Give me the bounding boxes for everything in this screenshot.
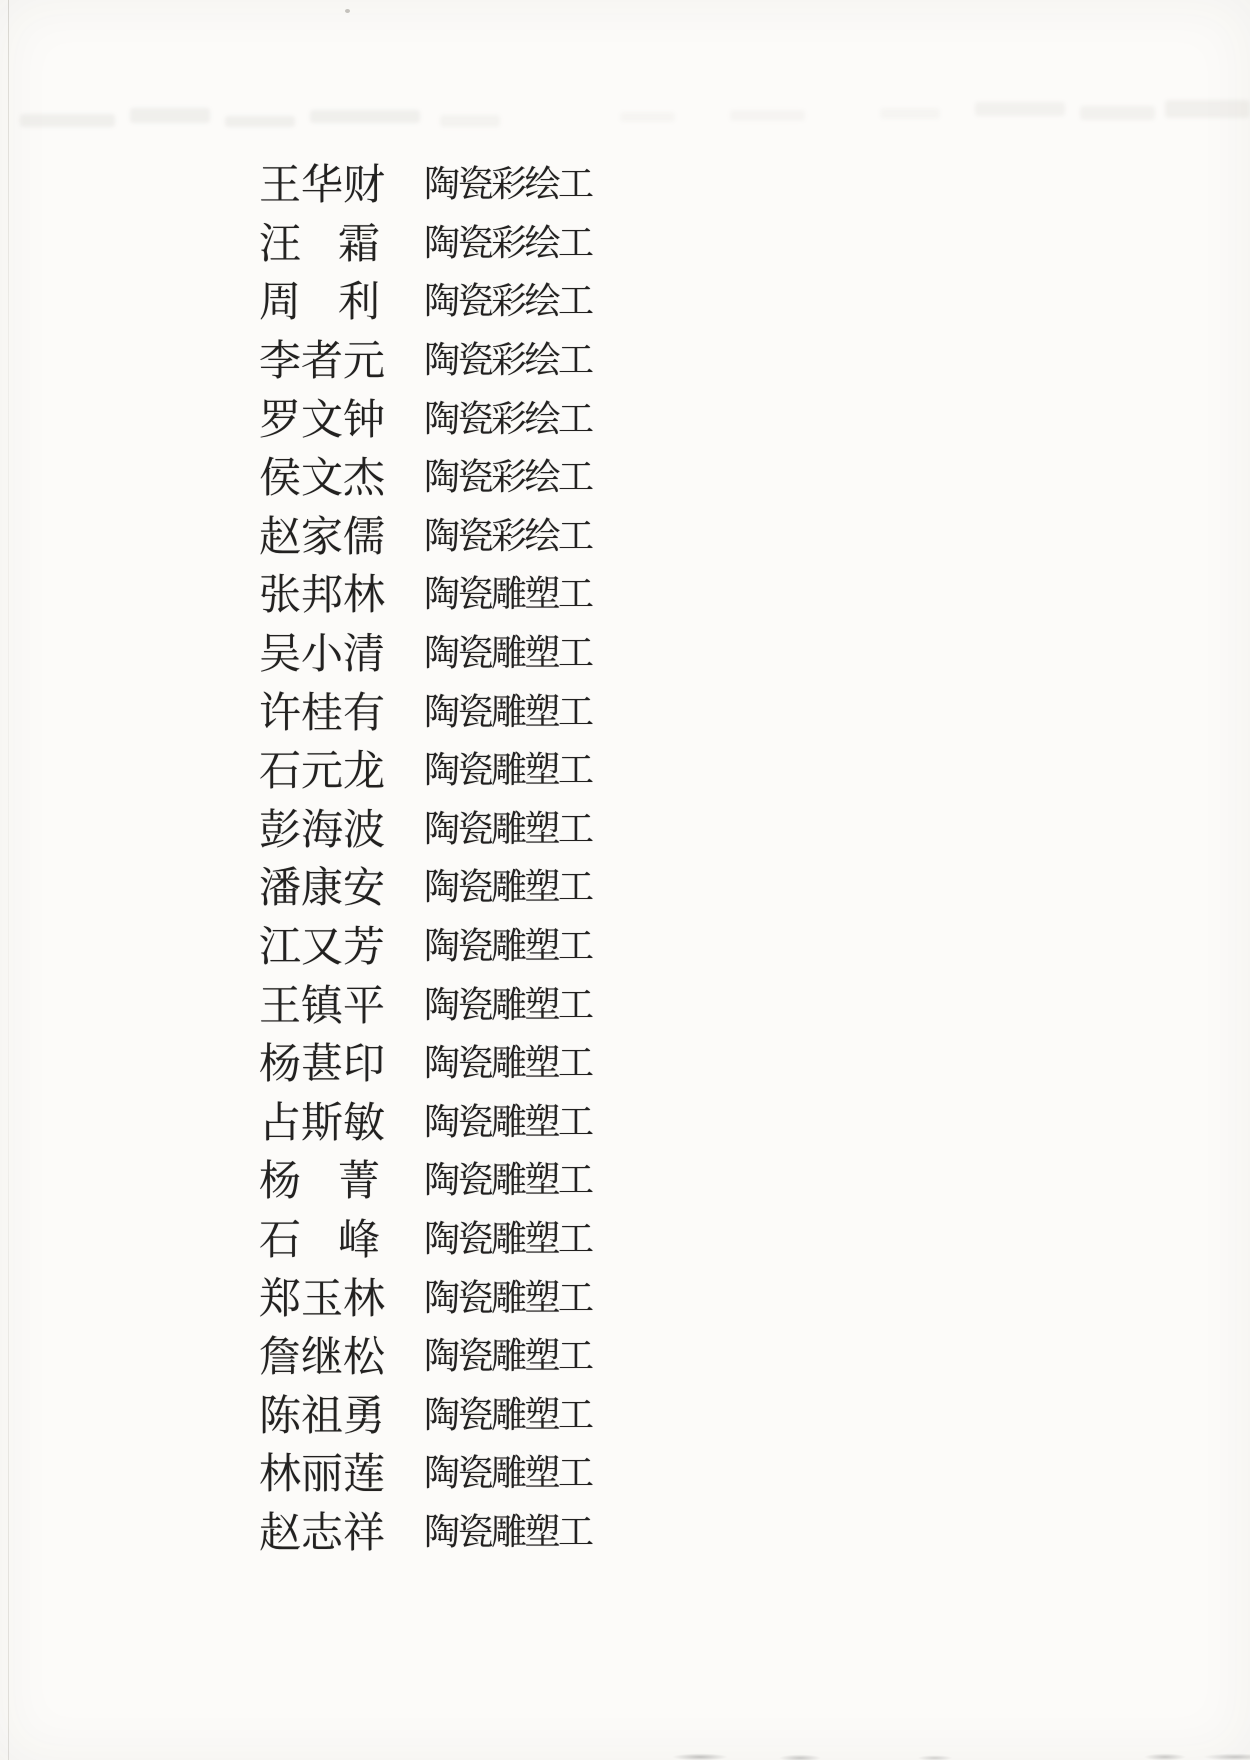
person-name: 林丽莲 (259, 1453, 380, 1495)
job-title: 陶瓷雕塑工 (424, 1046, 592, 1082)
job-title: 陶瓷雕塑工 (424, 577, 592, 613)
job-title: 陶瓷雕塑工 (424, 988, 592, 1024)
job-title: 陶瓷雕塑工 (424, 1339, 592, 1375)
job-title: 陶瓷彩绘工 (424, 519, 592, 555)
table-row: 杨葚印陶瓷雕塑工 (0, 1035, 1250, 1094)
person-name: 杨菁 (259, 1160, 380, 1202)
roster-list: 王华财陶瓷彩绘工汪霜陶瓷彩绘工周利陶瓷彩绘工李者元陶瓷彩绘工罗文钟陶瓷彩绘工侯文… (0, 156, 1250, 1562)
person-name: 张邦林 (259, 574, 380, 616)
table-row: 周利陶瓷彩绘工 (0, 273, 1250, 332)
table-row: 杨菁陶瓷雕塑工 (0, 1152, 1250, 1211)
person-name: 郑玉林 (259, 1278, 380, 1320)
person-name: 詹继松 (259, 1336, 380, 1378)
person-name: 江又芳 (259, 926, 380, 968)
person-name: 陈祖勇 (259, 1395, 380, 1437)
table-row: 潘康安陶瓷雕塑工 (0, 859, 1250, 918)
person-name: 杨葚印 (259, 1043, 380, 1085)
person-name: 王华财 (259, 164, 380, 206)
job-title: 陶瓷彩绘工 (424, 226, 592, 262)
table-row: 林丽莲陶瓷雕塑工 (0, 1445, 1250, 1504)
job-title: 陶瓷彩绘工 (424, 284, 592, 320)
job-title: 陶瓷雕塑工 (424, 1163, 592, 1199)
table-row: 詹继松陶瓷雕塑工 (0, 1328, 1250, 1387)
table-row: 李者元陶瓷彩绘工 (0, 332, 1250, 391)
person-name: 李者元 (259, 340, 380, 382)
table-row: 张邦林陶瓷雕塑工 (0, 566, 1250, 625)
job-title: 陶瓷彩绘工 (424, 343, 592, 379)
table-row: 赵志祥陶瓷雕塑工 (0, 1504, 1250, 1563)
table-row: 许桂有陶瓷雕塑工 (0, 683, 1250, 742)
job-title: 陶瓷雕塑工 (424, 1398, 592, 1434)
job-title: 陶瓷彩绘工 (424, 402, 592, 438)
ink-bleed-through-band (0, 88, 1250, 134)
document-page: 王华财陶瓷彩绘工汪霜陶瓷彩绘工周利陶瓷彩绘工李者元陶瓷彩绘工罗文钟陶瓷彩绘工侯文… (0, 0, 1250, 1760)
person-name: 石元龙 (259, 750, 380, 792)
person-name: 占斯敏 (259, 1102, 380, 1144)
table-row: 石元龙陶瓷雕塑工 (0, 742, 1250, 801)
job-title: 陶瓷雕塑工 (424, 1456, 592, 1492)
table-row: 王华财陶瓷彩绘工 (0, 156, 1250, 215)
scan-bottom-smudges (0, 1748, 1250, 1760)
table-row: 占斯敏陶瓷雕塑工 (0, 1094, 1250, 1153)
job-title: 陶瓷雕塑工 (424, 1222, 592, 1258)
person-name: 许桂有 (259, 692, 380, 734)
job-title: 陶瓷雕塑工 (424, 929, 592, 965)
table-row: 吴小清陶瓷雕塑工 (0, 625, 1250, 684)
person-name: 周利 (259, 281, 380, 323)
table-row: 汪霜陶瓷彩绘工 (0, 215, 1250, 274)
scan-speck (345, 9, 350, 13)
person-name: 彭海波 (259, 809, 380, 851)
table-row: 侯文杰陶瓷彩绘工 (0, 449, 1250, 508)
job-title: 陶瓷雕塑工 (424, 1281, 592, 1317)
table-row: 江又芳陶瓷雕塑工 (0, 918, 1250, 977)
job-title: 陶瓷雕塑工 (424, 753, 592, 789)
job-title: 陶瓷雕塑工 (424, 812, 592, 848)
job-title: 陶瓷雕塑工 (424, 1105, 592, 1141)
person-name: 侯文杰 (259, 457, 380, 499)
person-name: 汪霜 (259, 223, 380, 265)
job-title: 陶瓷雕塑工 (424, 636, 592, 672)
table-row: 郑玉林陶瓷雕塑工 (0, 1269, 1250, 1328)
table-row: 赵家儒陶瓷彩绘工 (0, 508, 1250, 567)
person-name: 石峰 (259, 1219, 380, 1261)
person-name: 赵志祥 (259, 1512, 380, 1554)
table-row: 王镇平陶瓷雕塑工 (0, 976, 1250, 1035)
person-name: 赵家儒 (259, 516, 380, 558)
person-name: 潘康安 (259, 867, 380, 909)
job-title: 陶瓷彩绘工 (424, 167, 592, 203)
person-name: 王镇平 (259, 985, 380, 1027)
table-row: 彭海波陶瓷雕塑工 (0, 801, 1250, 860)
job-title: 陶瓷雕塑工 (424, 695, 592, 731)
table-row: 陈祖勇陶瓷雕塑工 (0, 1386, 1250, 1445)
job-title: 陶瓷彩绘工 (424, 460, 592, 496)
job-title: 陶瓷雕塑工 (424, 1515, 592, 1551)
person-name: 罗文钟 (259, 399, 380, 441)
table-row: 石峰陶瓷雕塑工 (0, 1211, 1250, 1270)
person-name: 吴小清 (259, 633, 380, 675)
table-row: 罗文钟陶瓷彩绘工 (0, 390, 1250, 449)
job-title: 陶瓷雕塑工 (424, 870, 592, 906)
